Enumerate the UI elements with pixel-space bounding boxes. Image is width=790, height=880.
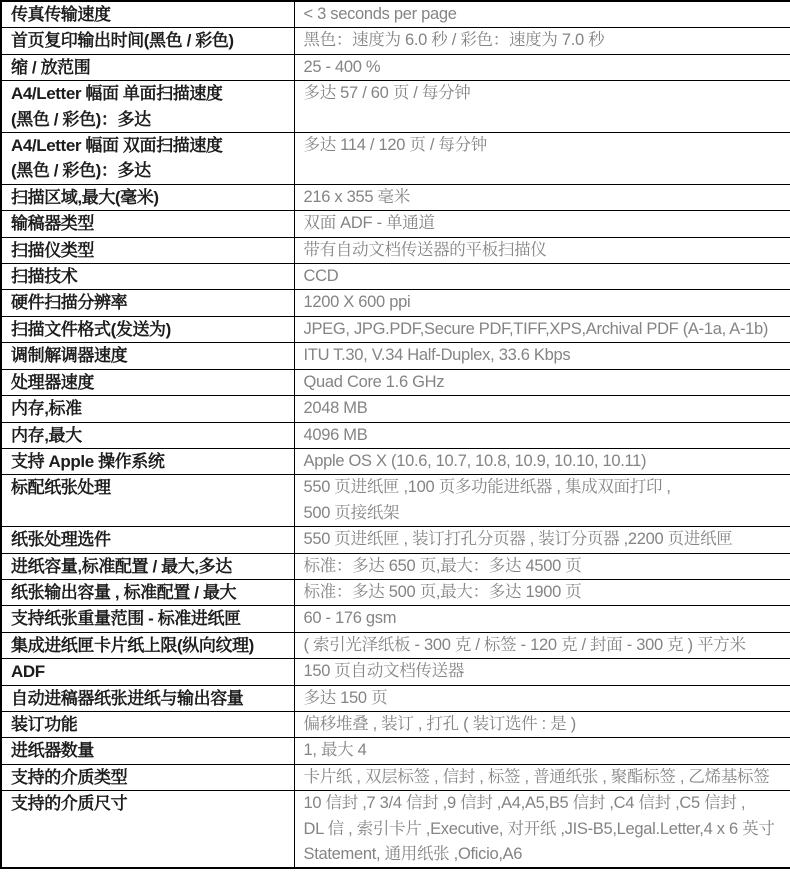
spec-value: 标准：多达 650 页,最大：多达 4500 页 xyxy=(294,553,790,579)
spec-label: 缩 / 放范围 xyxy=(1,54,294,80)
spec-row: 硬件扫描分辨率1200 X 600 ppi xyxy=(1,290,790,316)
spec-row: 首页复印输出时间(黑色 / 彩色)黑色：速度为 6.0 秒 / 彩色：速度为 7… xyxy=(1,28,790,54)
spec-row: 纸张输出容量 , 标准配置 / 最大标准：多达 500 页,最大：多达 1900… xyxy=(1,579,790,605)
spec-label: 标配纸张处理 xyxy=(1,475,294,527)
spec-value: 标准：多达 500 页,最大：多达 1900 页 xyxy=(294,579,790,605)
spec-table: 传真传输速度< 3 seconds per page首页复印输出时间(黑色 / … xyxy=(0,0,790,869)
spec-label: 支持的介质尺寸 xyxy=(1,791,294,869)
spec-row: 支持的介质类型卡片纸 , 双层标签 , 信封 , 标签 , 普通纸张 , 聚酯标… xyxy=(1,764,790,790)
spec-row: 输稿器类型双面 ADF - 单通道 xyxy=(1,211,790,237)
spec-value: JPEG, JPG.PDF,Secure PDF,TIFF,XPS,Archiv… xyxy=(294,316,790,342)
spec-value: 550 页进纸匣 ,100 页多功能进纸器 , 集成双面打印 , 500 页接纸… xyxy=(294,475,790,527)
spec-label: 传真传输速度 xyxy=(1,1,294,28)
spec-value: 2048 MB xyxy=(294,396,790,422)
spec-label: 纸张处理选件 xyxy=(1,527,294,553)
spec-label: 进纸器数量 xyxy=(1,738,294,764)
spec-label: 扫描文件格式(发送为) xyxy=(1,316,294,342)
spec-row: 进纸器数量1, 最大 4 xyxy=(1,738,790,764)
spec-value: 60 - 176 gsm xyxy=(294,606,790,632)
spec-value: 25 - 400 % xyxy=(294,54,790,80)
spec-value: CCD xyxy=(294,264,790,290)
spec-row: 支持的介质尺寸10 信封 ,7 3/4 信封 ,9 信封 ,A4,A5,B5 信… xyxy=(1,791,790,869)
spec-value: Apple OS X (10.6, 10.7, 10.8, 10.9, 10.1… xyxy=(294,448,790,474)
spec-value: 150 页自动文档传送器 xyxy=(294,659,790,685)
spec-row: 处理器速度Quad Core 1.6 GHz xyxy=(1,369,790,395)
spec-value: 黑色：速度为 6.0 秒 / 彩色：速度为 7.0 秒 xyxy=(294,28,790,54)
spec-row: 集成进纸匣卡片纸上限(纵向纹理)( 索引光泽纸板 - 300 克 / 标签 - … xyxy=(1,632,790,658)
spec-value: Quad Core 1.6 GHz xyxy=(294,369,790,395)
spec-value: ( 索引光泽纸板 - 300 克 / 标签 - 120 克 / 封面 - 300… xyxy=(294,632,790,658)
spec-row: 纸张处理选件550 页进纸匣 , 装订打孔分页器 , 装订分页器 ,2200 页… xyxy=(1,527,790,553)
spec-row: 扫描技术CCD xyxy=(1,264,790,290)
spec-row: A4/Letter 幅面 单面扫描速度 (黑色 / 彩色)：多达多达 57 / … xyxy=(1,81,790,133)
spec-row: 支持 Apple 操作系统Apple OS X (10.6, 10.7, 10.… xyxy=(1,448,790,474)
spec-label: 支持纸张重量范围 - 标准进纸匣 xyxy=(1,606,294,632)
spec-label: 调制解调器速度 xyxy=(1,343,294,369)
spec-row: ADF150 页自动文档传送器 xyxy=(1,659,790,685)
spec-value: 偏移堆叠 , 装订 , 打孔 ( 装订选件 : 是 ) xyxy=(294,711,790,737)
spec-value: 1200 X 600 ppi xyxy=(294,290,790,316)
spec-label: 首页复印输出时间(黑色 / 彩色) xyxy=(1,28,294,54)
spec-label: ADF xyxy=(1,659,294,685)
spec-label: 自动进稿器纸张进纸与输出容量 xyxy=(1,685,294,711)
spec-value: 1, 最大 4 xyxy=(294,738,790,764)
spec-row: 内存,标准2048 MB xyxy=(1,396,790,422)
spec-label: 输稿器类型 xyxy=(1,211,294,237)
spec-row: 进纸容量,标准配置 / 最大,多达标准：多达 650 页,最大：多达 4500 … xyxy=(1,553,790,579)
spec-label: 硬件扫描分辨率 xyxy=(1,290,294,316)
spec-table-body: 传真传输速度< 3 seconds per page首页复印输出时间(黑色 / … xyxy=(1,1,790,868)
spec-value: 550 页进纸匣 , 装订打孔分页器 , 装订分页器 ,2200 页进纸匣 xyxy=(294,527,790,553)
spec-label: 扫描技术 xyxy=(1,264,294,290)
spec-label: 支持 Apple 操作系统 xyxy=(1,448,294,474)
spec-row: 装订功能偏移堆叠 , 装订 , 打孔 ( 装订选件 : 是 ) xyxy=(1,711,790,737)
spec-label: 扫描区域,最大(毫米) xyxy=(1,184,294,210)
spec-row: 标配纸张处理550 页进纸匣 ,100 页多功能进纸器 , 集成双面打印 , 5… xyxy=(1,475,790,527)
spec-label: A4/Letter 幅面 双面扫描速度 (黑色 / 彩色)：多达 xyxy=(1,133,294,185)
spec-row: 扫描区域,最大(毫米)216 x 355 毫米 xyxy=(1,184,790,210)
spec-label: 集成进纸匣卡片纸上限(纵向纹理) xyxy=(1,632,294,658)
spec-label: 进纸容量,标准配置 / 最大,多达 xyxy=(1,553,294,579)
spec-value: ITU T.30, V.34 Half-Duplex, 33.6 Kbps xyxy=(294,343,790,369)
spec-row: 传真传输速度< 3 seconds per page xyxy=(1,1,790,28)
spec-value: 4096 MB xyxy=(294,422,790,448)
spec-label: 支持的介质类型 xyxy=(1,764,294,790)
spec-row: 扫描仪类型带有自动文档传送器的平板扫描仪 xyxy=(1,237,790,263)
spec-label: 处理器速度 xyxy=(1,369,294,395)
spec-label: 内存,最大 xyxy=(1,422,294,448)
spec-row: 自动进稿器纸张进纸与输出容量多达 150 页 xyxy=(1,685,790,711)
spec-value: 216 x 355 毫米 xyxy=(294,184,790,210)
spec-value: < 3 seconds per page xyxy=(294,1,790,28)
spec-row: 扫描文件格式(发送为)JPEG, JPG.PDF,Secure PDF,TIFF… xyxy=(1,316,790,342)
spec-label: A4/Letter 幅面 单面扫描速度 (黑色 / 彩色)：多达 xyxy=(1,81,294,133)
spec-value: 多达 150 页 xyxy=(294,685,790,711)
spec-value: 多达 57 / 60 页 / 每分钟 xyxy=(294,81,790,133)
spec-value: 多达 114 / 120 页 / 每分钟 xyxy=(294,133,790,185)
spec-row: 内存,最大4096 MB xyxy=(1,422,790,448)
spec-value: 10 信封 ,7 3/4 信封 ,9 信封 ,A4,A5,B5 信封 ,C4 信… xyxy=(294,791,790,869)
spec-label: 内存,标准 xyxy=(1,396,294,422)
spec-label: 装订功能 xyxy=(1,711,294,737)
spec-row: 调制解调器速度ITU T.30, V.34 Half-Duplex, 33.6 … xyxy=(1,343,790,369)
spec-value: 卡片纸 , 双层标签 , 信封 , 标签 , 普通纸张 , 聚酯标签 , 乙烯基… xyxy=(294,764,790,790)
spec-value: 双面 ADF - 单通道 xyxy=(294,211,790,237)
spec-label: 纸张输出容量 , 标准配置 / 最大 xyxy=(1,579,294,605)
spec-row: A4/Letter 幅面 双面扫描速度 (黑色 / 彩色)：多达多达 114 /… xyxy=(1,133,790,185)
spec-row: 缩 / 放范围25 - 400 % xyxy=(1,54,790,80)
spec-row: 支持纸张重量范围 - 标准进纸匣60 - 176 gsm xyxy=(1,606,790,632)
spec-label: 扫描仪类型 xyxy=(1,237,294,263)
spec-value: 带有自动文档传送器的平板扫描仪 xyxy=(294,237,790,263)
